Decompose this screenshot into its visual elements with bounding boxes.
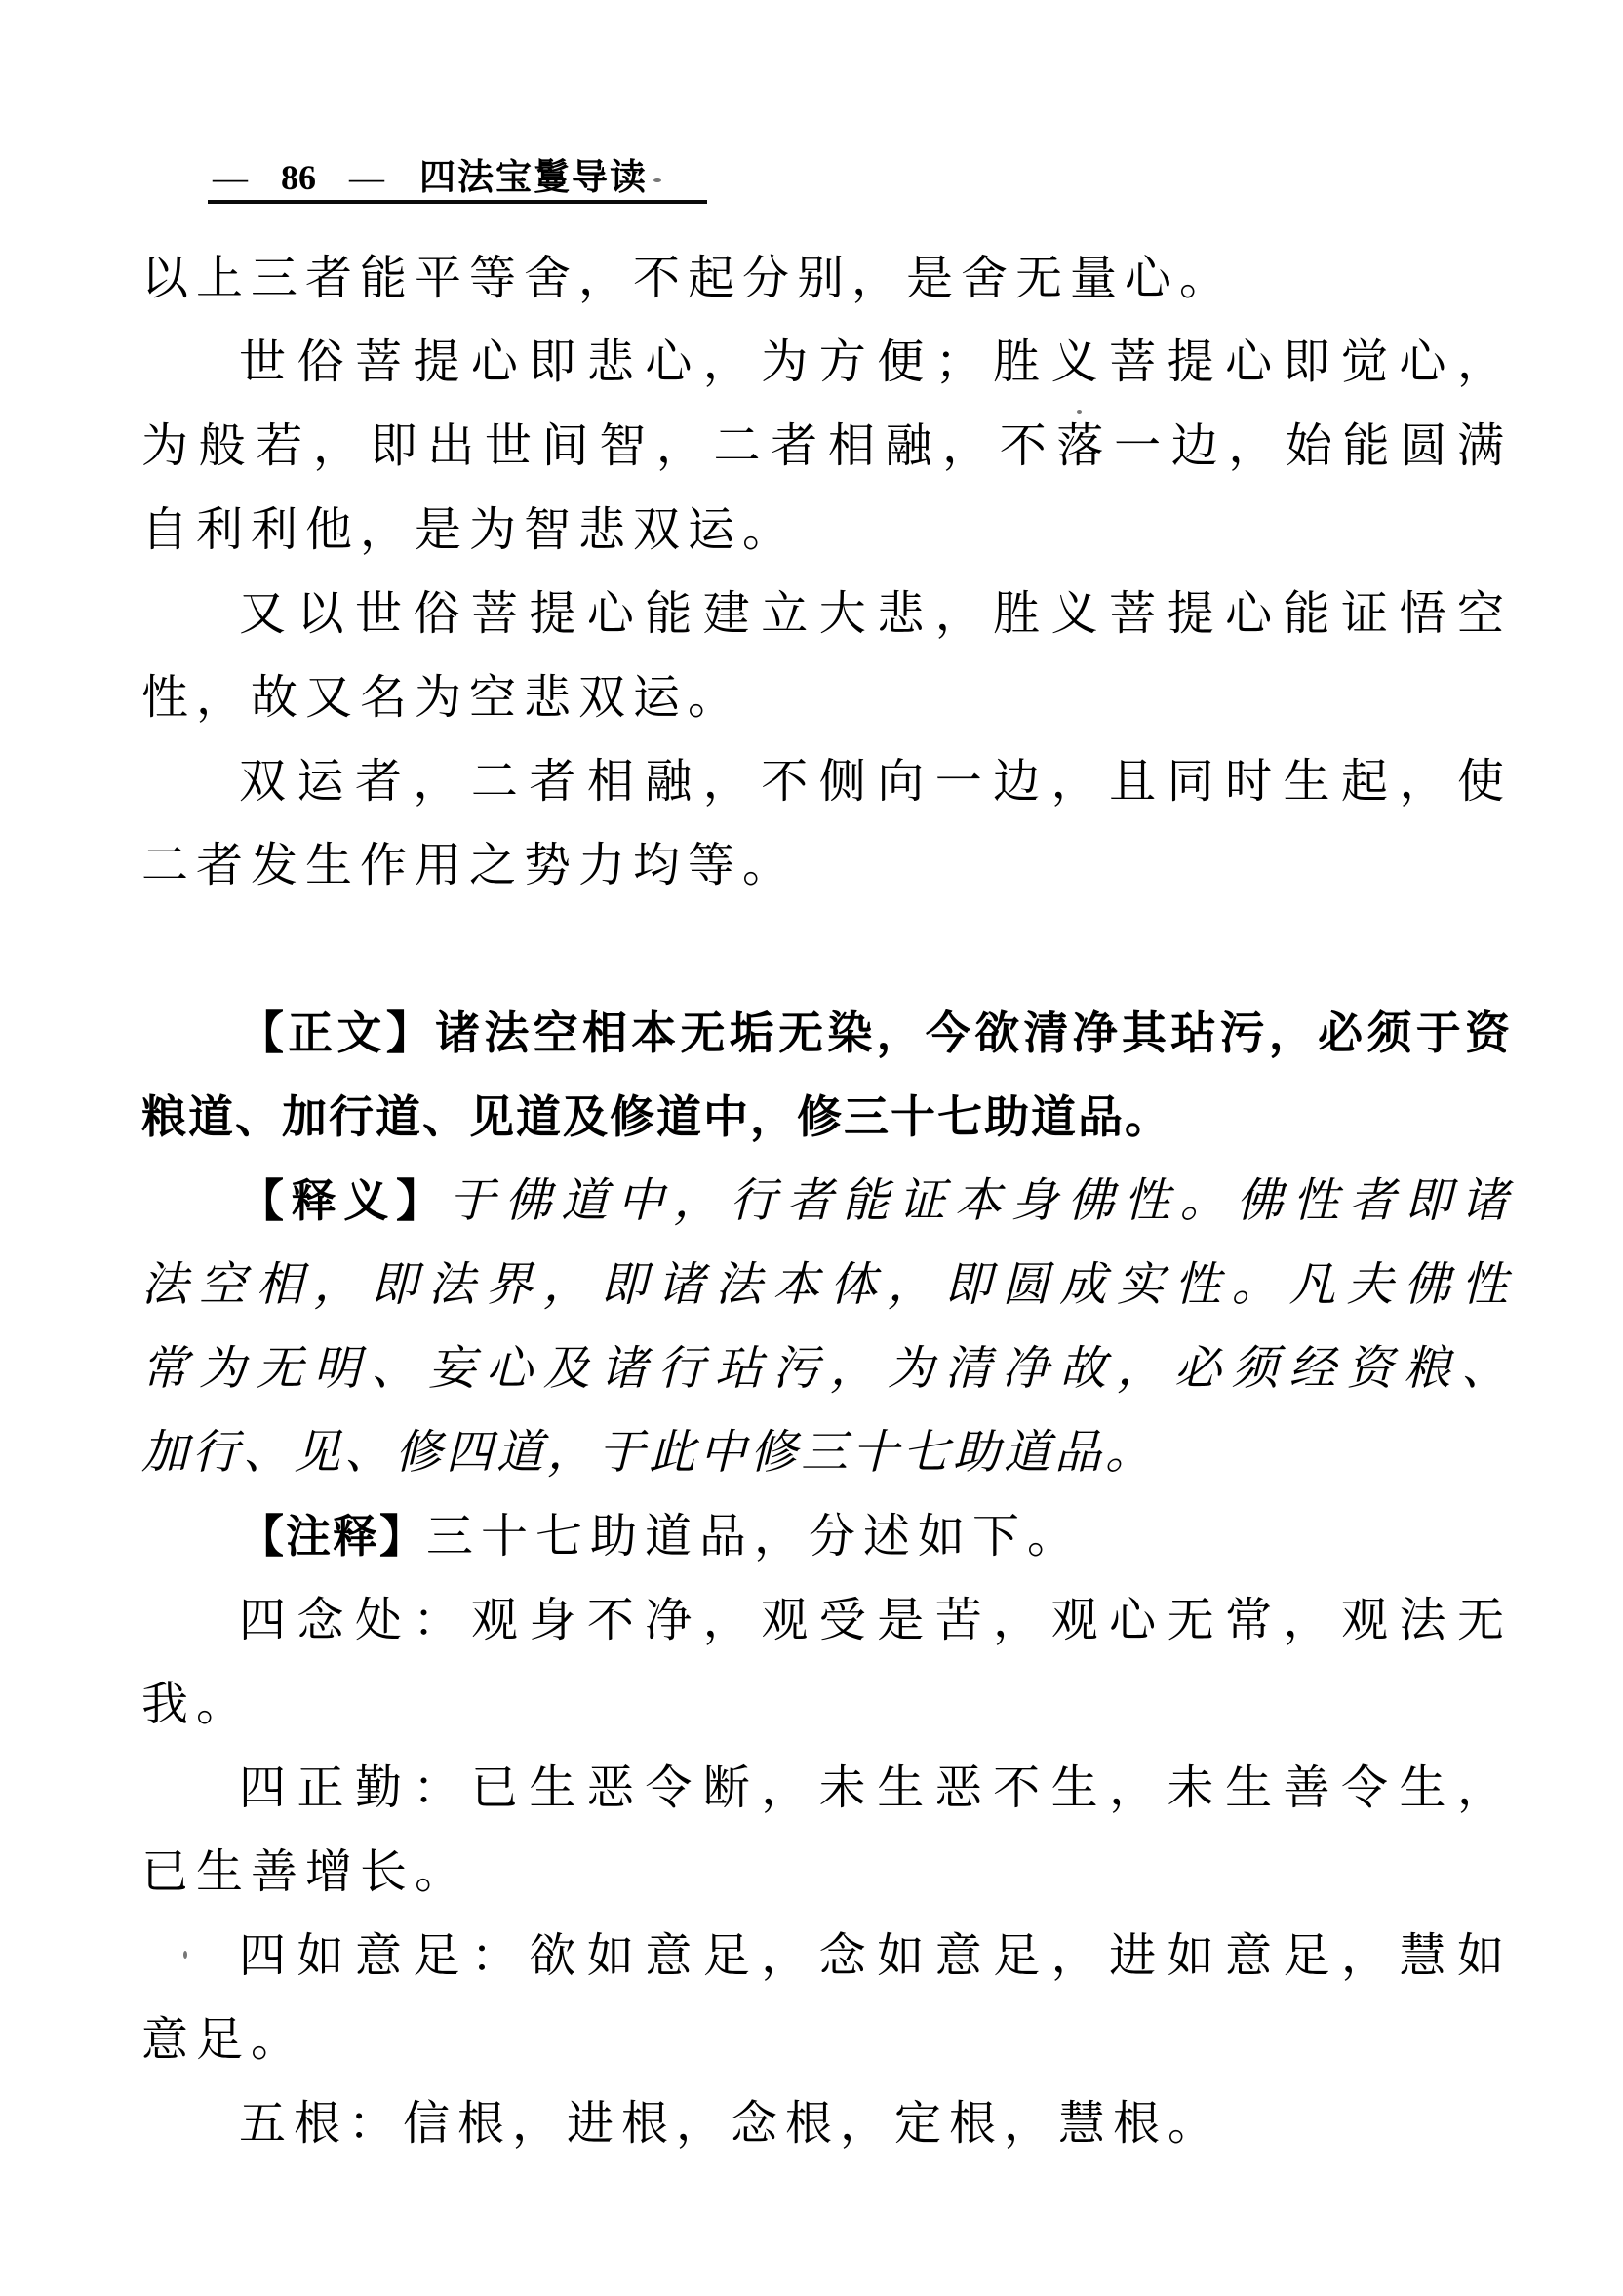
text-line: 二者发生作用之势力均等。 bbox=[141, 824, 1512, 908]
scan-speck bbox=[827, 1522, 833, 1524]
header-rule bbox=[208, 200, 707, 204]
text-line: 为般若，即出世间智，二者相融，不落一边，始能圆满 bbox=[141, 405, 1512, 489]
section-gap bbox=[141, 908, 1512, 992]
text-line: 双运者，二者相融，不侧向一边，且同时生起，使 bbox=[141, 740, 1512, 824]
header-dash-left: — bbox=[213, 156, 248, 199]
text-line: 五根：信根，进根，念根，定根，慧根。 bbox=[141, 2082, 1512, 2166]
page-number: 86 bbox=[281, 156, 316, 199]
text-line: 【注释】三十七助道品，分述如下。 bbox=[141, 1495, 1512, 1579]
text-line: 【释义】于佛道中，行者能证本身佛性。佛性者即诸 bbox=[141, 1160, 1512, 1244]
text-line: 自利利他，是为智悲双运。 bbox=[141, 489, 1512, 573]
text-line: 加行、见、修四道，于此中修三十七助道品。 bbox=[141, 1411, 1512, 1495]
header-dash-right: — bbox=[349, 156, 384, 199]
text-line: 四念处：观身不净，观受是苦，观心无常，观法无 bbox=[141, 1579, 1512, 1663]
text-line: 常为无明、妄心及诸行玷污，为清净故，必须经资粮、 bbox=[141, 1327, 1512, 1411]
section-label-zhushi: 【注释】 bbox=[239, 1512, 426, 1562]
text-line: 已生善增长。 bbox=[141, 1831, 1512, 1915]
text-line: 法空相，即法界，即诸法本体，即圆成实性。凡夫佛性 bbox=[141, 1244, 1512, 1327]
scan-speck bbox=[653, 178, 661, 182]
text-line: 四正勤：已生恶令断，未生恶不生，未生善令生， bbox=[141, 1747, 1512, 1831]
text-line: 我。 bbox=[141, 1663, 1512, 1747]
page-header: —86—四法宝鬘导读 bbox=[213, 156, 648, 199]
text-line: 性，故又名为空悲双运。 bbox=[141, 656, 1512, 740]
scan-speck bbox=[183, 1951, 187, 1959]
section-label-shiyi: 【释义】 bbox=[239, 1176, 449, 1226]
text-line: 世俗菩提心即悲心，为方便；胜义菩提心即觉心， bbox=[141, 321, 1512, 405]
text-line: 意足。 bbox=[141, 1999, 1512, 2082]
section-label-zhengwen: 【正文】 bbox=[239, 1009, 435, 1058]
text-run: 诸法空相本无垢无染，今欲清净其玷污，必须于资 bbox=[435, 1009, 1512, 1058]
text-run: 于佛道中，行者能证本身佛性。佛性者即诸 bbox=[449, 1175, 1512, 1227]
text-line: 又以世俗菩提心能建立大悲，胜义菩提心能证悟空 bbox=[141, 573, 1512, 656]
body-text: 以上三者能平等舍，不起分别，是舍无量心。 世俗菩提心即悲心，为方便；胜义菩提心即… bbox=[141, 237, 1512, 2166]
scan-speck bbox=[1077, 410, 1082, 414]
text-run: 三十七助道品，分述如下。 bbox=[426, 1511, 1082, 1563]
text-line: 以上三者能平等舍，不起分别，是舍无量心。 bbox=[141, 237, 1512, 321]
book-title: 四法宝鬘导读 bbox=[419, 157, 648, 200]
text-line: 粮道、加行道、见道及修道中，修三十七助道品。 bbox=[141, 1076, 1512, 1160]
scanned-book-page: —86—四法宝鬘导读 以上三者能平等舍，不起分别，是舍无量心。 世俗菩提心即悲心… bbox=[0, 0, 1623, 2296]
text-line: 【正文】诸法空相本无垢无染，今欲清净其玷污，必须于资 bbox=[141, 992, 1512, 1076]
text-line: 四如意足：欲如意足，念如意足，进如意足，慧如 bbox=[141, 1915, 1512, 1999]
